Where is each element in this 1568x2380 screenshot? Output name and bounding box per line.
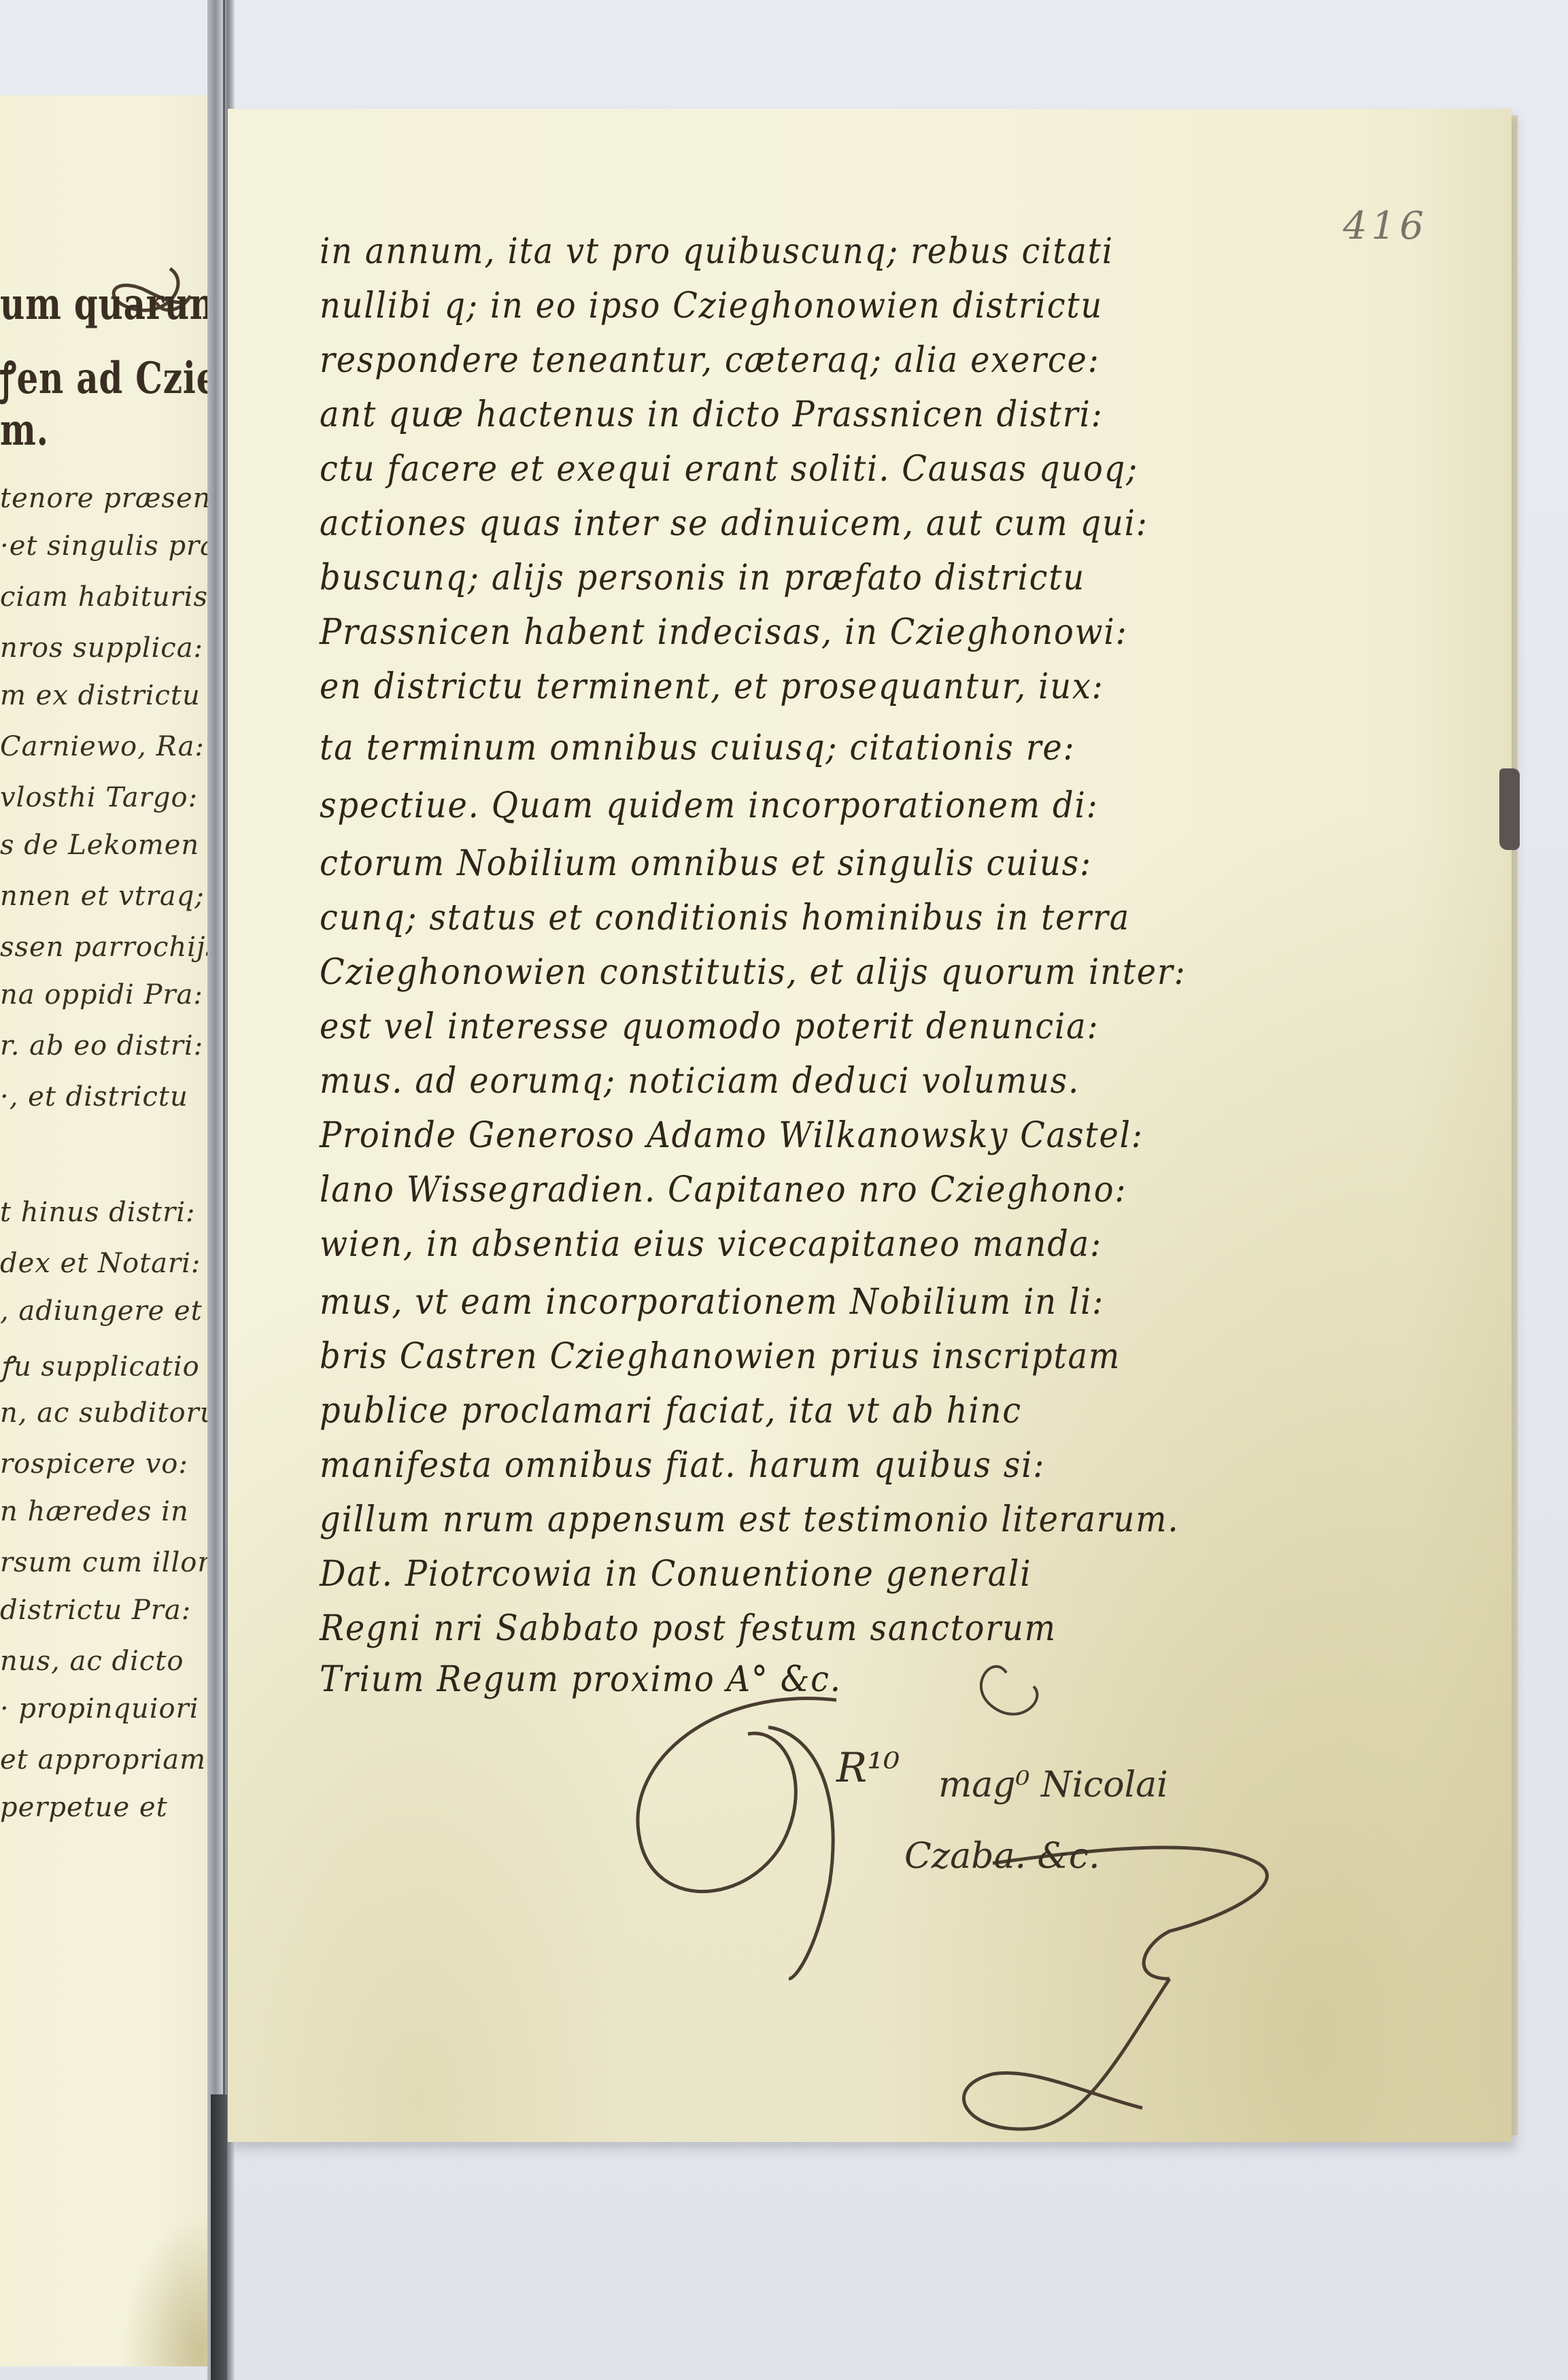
manuscript-line: ta terminum omnibus cuiusq; citationis r… — [320, 728, 1076, 768]
manuscript-line: manifesta omnibus fiat. harum quibus si: — [320, 1445, 1045, 1486]
manuscript-line: ctorum Nobilium omnibus et singulis cuiu… — [320, 843, 1092, 884]
left-text-line: Carniewo, Ra: — [0, 731, 205, 762]
ink-blot — [1499, 768, 1520, 850]
left-text-line: · propinquiori — [0, 1693, 199, 1724]
manuscript-line: buscunq; alijs personis in præfato distr… — [320, 558, 1085, 598]
left-page: um quarunda ꝭen ad Czie: m. tenore præse… — [0, 95, 219, 2366]
manuscript-line: spectiue. Quam quidem incorporationem di… — [320, 785, 1099, 826]
left-text-line: ·, et districtu — [0, 1081, 188, 1112]
manuscript-line: wien, in absentia eius vicecapitaneo man… — [320, 1224, 1102, 1265]
manuscript-line: en districtu terminent, et prosequantur,… — [320, 666, 1104, 707]
manuscript-line: publice proclamari faciat, ita vt ab hin… — [320, 1391, 1022, 1431]
relatio-mark: R¹⁰ — [836, 1744, 900, 1792]
left-text-line: r. ab eo distri: — [0, 1030, 203, 1061]
manuscript-line: Czieghonowien constitutis, et alijs quor… — [320, 952, 1187, 993]
manuscript-line: in annum, ita vt pro quibuscunq; rebus c… — [320, 231, 1114, 272]
left-text-line: nus, ac dicto — [0, 1646, 184, 1677]
manuscript-line: ctu facere et exequi erant soliti. Causa… — [320, 449, 1138, 490]
manuscript-line: nullibi q; in eo ipso Czieghonowien dist… — [320, 286, 1103, 326]
manuscript-line: est vel interesse quomodo poterit denunc… — [320, 1006, 1099, 1047]
manuscript-line: actiones quas inter se adinuicem, aut cu… — [320, 503, 1148, 544]
left-text-line: ·et singulis præ: — [0, 530, 236, 562]
left-text-line: perpetue et — [0, 1792, 168, 1823]
left-text-line: ꝭu supplicatio — [0, 1346, 200, 1384]
manuscript-line: cunq; status et conditionis hominibus in… — [320, 898, 1130, 938]
manuscript-line: mus. ad eorumq; noticiam deduci volumus. — [320, 1061, 1080, 1102]
manuscript-line: respondere teneantur, cæteraq; alia exer… — [320, 340, 1100, 381]
left-text-line: ssen parrochijs· — [0, 932, 230, 963]
left-text-line: t hinus distri: — [0, 1197, 196, 1228]
manuscript-line: Dat. Piotrcowia in Conuentione generali — [320, 1554, 1032, 1595]
left-text-line: vlosthi Targo: — [0, 782, 198, 813]
signature-flourish-icon — [612, 1659, 1333, 2149]
left-text-line: nros supplica: — [0, 632, 203, 664]
manuscript-line: Proinde Generoso Adamo Wilkanowsky Caste… — [320, 1115, 1144, 1156]
manuscript-line: Prassnicen habent indecisas, in Czieghon… — [320, 612, 1128, 653]
left-text-line: districtu Pra: — [0, 1595, 191, 1626]
manuscript-line: gillum nrum appensum est testimonio lite… — [320, 1499, 1179, 1540]
left-text-line: m ex districtu — [0, 680, 201, 711]
signature-line-1: mag⁰ Nicolai — [938, 1765, 1168, 1805]
manuscript-line: Regni nri Sabbato post festum sanctorum — [320, 1608, 1057, 1649]
left-text-line: ciam habituris — [0, 581, 208, 613]
left-text-line: , adiungere et — [0, 1295, 203, 1327]
signature-line-2: Czaba. &c. — [904, 1836, 1100, 1877]
manuscript-line: ant quæ hactenus in dicto Prassnicen dis… — [320, 394, 1104, 435]
left-text-line: s de Lekomen — [0, 830, 199, 861]
left-text-line: et appropriamus — [0, 1744, 239, 1775]
manuscript-line: bris Castren Czieghanowien prius inscrip… — [320, 1336, 1121, 1377]
manuscript-line: lano Wissegradien. Capitaneo nro Cziegho… — [320, 1170, 1127, 1210]
left-text-line: rospicere vo: — [0, 1448, 188, 1480]
folio-number: 416 — [1343, 204, 1428, 248]
manuscript-line: mus, vt eam incorporationem Nobilium in … — [320, 1282, 1104, 1323]
left-heading-line: ꝭen ad Czie: — [0, 347, 231, 406]
left-text-line: na oppidi Pra: — [0, 979, 203, 1010]
left-text-line: dex et Notari: — [0, 1248, 201, 1279]
left-heading-line: m. — [0, 405, 49, 456]
left-text-line: tenore præsen: — [0, 483, 221, 514]
spine-line — [223, 0, 225, 2380]
left-text-line: nnen et vtraq; — [0, 881, 205, 912]
left-text-line: n hæredes in — [0, 1496, 189, 1527]
spine-shadow — [211, 2094, 227, 2380]
